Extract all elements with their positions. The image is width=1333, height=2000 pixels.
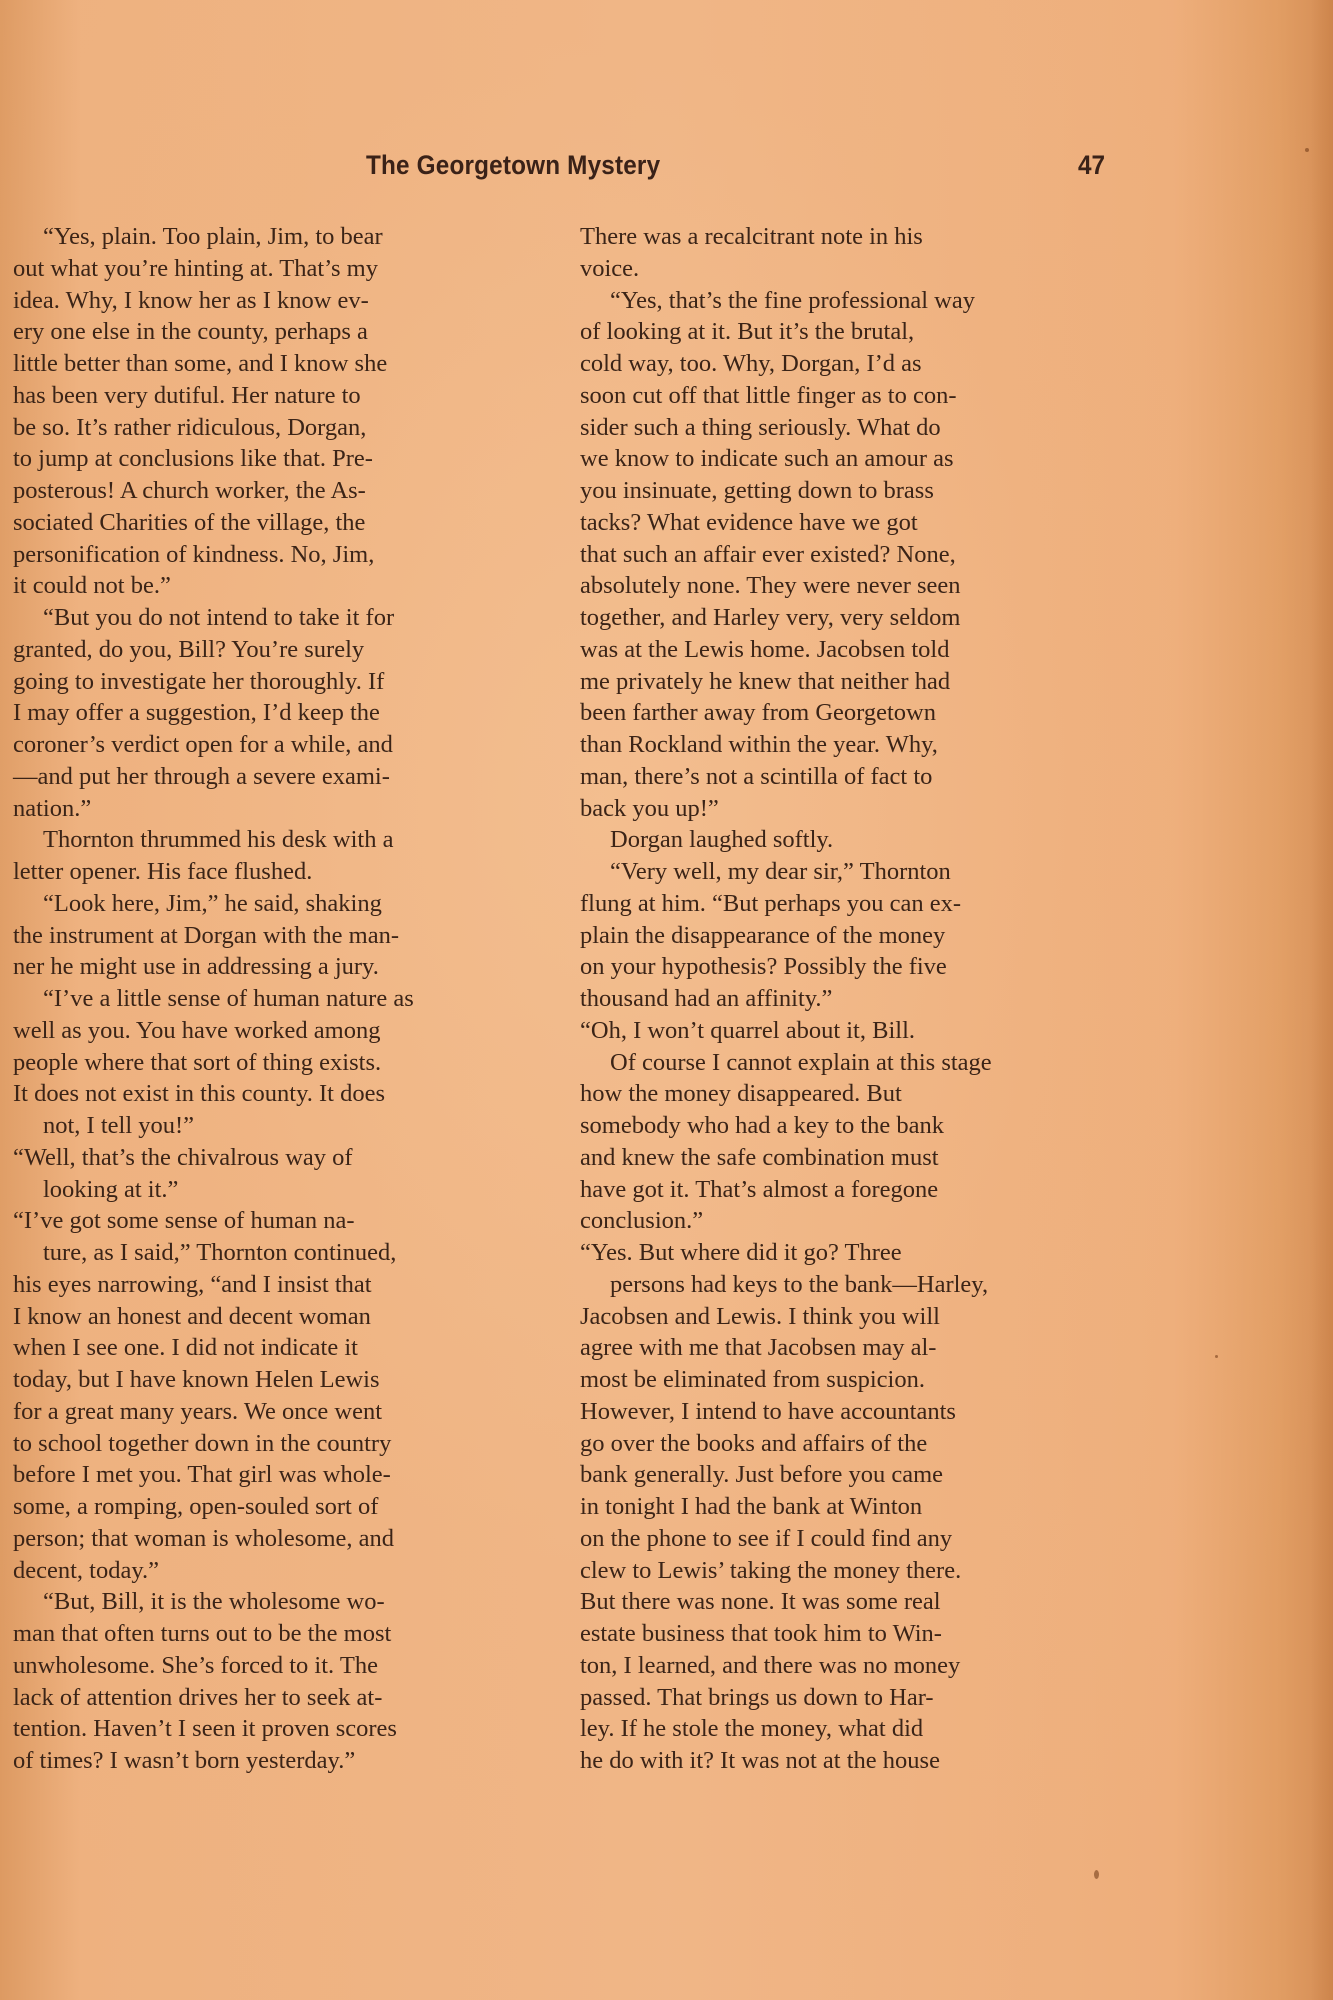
text-line: people where that sort of thing exists. bbox=[13, 1047, 546, 1079]
text-line: ner he might use in addressing a jury. bbox=[13, 951, 546, 983]
text-line: ery one else in the county, perhaps a bbox=[13, 316, 546, 348]
running-title: The Georgetown Mystery bbox=[366, 150, 660, 181]
text-line: tention. Haven’t I seen it proven scores bbox=[13, 1713, 546, 1745]
text-line: “Yes, that’s the fine professional way bbox=[580, 285, 1113, 317]
text-line: cold way, too. Why, Dorgan, I’d as bbox=[580, 348, 1113, 380]
text-line: than Rockland within the year. Why, bbox=[580, 729, 1113, 761]
text-line: voice. bbox=[580, 253, 1113, 285]
text-line: you insinuate, getting down to brass bbox=[580, 475, 1113, 507]
text-line: lack of attention drives her to seek at- bbox=[13, 1682, 546, 1714]
text-line: on your hypothesis? Possibly the five bbox=[580, 951, 1113, 983]
text-line: I may offer a suggestion, I’d keep the bbox=[13, 697, 546, 729]
text-line: “Oh, I won’t quarrel about it, Bill. bbox=[580, 1015, 1113, 1047]
text-line: out what you’re hinting at. That’s my bbox=[13, 253, 546, 285]
text-line: ture, as I said,” Thornton continued, bbox=[13, 1237, 546, 1269]
book-page: The Georgetown Mystery 47 “Yes, plain. T… bbox=[0, 0, 1333, 2000]
text-line: sociated Charities of the village, the bbox=[13, 507, 546, 539]
text-line: when I see one. I did not indicate it bbox=[13, 1332, 546, 1364]
text-line: Dorgan laughed softly. bbox=[580, 824, 1113, 856]
paper-speck bbox=[1305, 148, 1309, 152]
text-line: have got it. That’s almost a foregone bbox=[580, 1174, 1113, 1206]
text-line: how the money disappeared. But bbox=[580, 1078, 1113, 1110]
text-line: clew to Lewis’ taking the money there. bbox=[580, 1555, 1113, 1587]
text-line: flung at him. “But perhaps you can ex- bbox=[580, 888, 1113, 920]
text-line: I know an honest and decent woman bbox=[13, 1301, 546, 1333]
text-line: together, and Harley very, very seldom bbox=[580, 602, 1113, 634]
text-line: Thornton thrummed his desk with a bbox=[13, 824, 546, 856]
text-line: But there was none. It was some real bbox=[580, 1586, 1113, 1618]
text-line: most be eliminated from suspicion. bbox=[580, 1364, 1113, 1396]
text-line: go over the books and affairs of the bbox=[580, 1428, 1113, 1460]
text-line: some, a romping, open-souled sort of bbox=[13, 1491, 546, 1523]
text-line: has been very dutiful. Her nature to bbox=[13, 380, 546, 412]
text-line: “I’ve got some sense of human na- bbox=[13, 1205, 546, 1237]
text-line: thousand had an affinity.” bbox=[580, 983, 1113, 1015]
text-line: unwholesome. She’s forced to it. The bbox=[13, 1650, 546, 1682]
text-line: he do with it? It was not at the house bbox=[580, 1745, 1113, 1777]
text-line: to school together down in the country bbox=[13, 1428, 546, 1460]
text-line: Of course I cannot explain at this stage bbox=[580, 1047, 1113, 1079]
text-line: “But, Bill, it is the wholesome wo- bbox=[13, 1586, 546, 1618]
text-line: letter opener. His face flushed. bbox=[13, 856, 546, 888]
page-number: 47 bbox=[1078, 150, 1105, 181]
text-line: passed. That brings us down to Har- bbox=[580, 1682, 1113, 1714]
text-line: posterous! A church worker, the As- bbox=[13, 475, 546, 507]
text-line: was at the Lewis home. Jacobsen told bbox=[580, 634, 1113, 666]
text-line: coroner’s verdict open for a while, and bbox=[13, 729, 546, 761]
text-line: before I met you. That girl was whole- bbox=[13, 1459, 546, 1491]
text-line: plain the disappearance of the money bbox=[580, 920, 1113, 952]
text-line: soon cut off that little finger as to co… bbox=[580, 380, 1113, 412]
text-line: decent, today.” bbox=[13, 1555, 546, 1587]
text-line: sider such a thing seriously. What do bbox=[580, 412, 1113, 444]
text-line: little better than some, and I know she bbox=[13, 348, 546, 380]
text-line: There was a recalcitrant note in his bbox=[580, 221, 1113, 253]
page-edge-shadow bbox=[1311, 0, 1333, 2000]
text-line: agree with me that Jacobsen may al- bbox=[580, 1332, 1113, 1364]
text-line: we know to indicate such an amour as bbox=[580, 443, 1113, 475]
text-line: his eyes narrowing, “and I insist that bbox=[13, 1269, 546, 1301]
paper-speck bbox=[1094, 1870, 1099, 1879]
text-line: that such an affair ever existed? None, bbox=[580, 539, 1113, 571]
text-line: “Yes. But where did it go? Three bbox=[580, 1237, 1113, 1269]
text-line: However, I intend to have accountants bbox=[580, 1396, 1113, 1428]
text-line: man that often turns out to be the most bbox=[13, 1618, 546, 1650]
text-line: —and put her through a severe exami- bbox=[13, 761, 546, 793]
text-line: and knew the safe combination must bbox=[580, 1142, 1113, 1174]
text-line: nation.” bbox=[13, 793, 546, 825]
text-line: “Yes, plain. Too plain, Jim, to bear bbox=[13, 221, 546, 253]
text-line: “I’ve a little sense of human nature as bbox=[13, 983, 546, 1015]
text-line: going to investigate her thoroughly. If bbox=[13, 666, 546, 698]
text-line: conclusion.” bbox=[580, 1205, 1113, 1237]
text-line: granted, do you, Bill? You’re surely bbox=[13, 634, 546, 666]
text-line: today, but I have known Helen Lewis bbox=[13, 1364, 546, 1396]
text-line: idea. Why, I know her as I know ev- bbox=[13, 285, 546, 317]
text-line: person; that woman is wholesome, and bbox=[13, 1523, 546, 1555]
text-line: back you up!” bbox=[580, 793, 1113, 825]
text-line: for a great many years. We once went bbox=[13, 1396, 546, 1428]
text-line: the instrument at Dorgan with the man- bbox=[13, 920, 546, 952]
text-line: “Very well, my dear sir,” Thornton bbox=[580, 856, 1113, 888]
right-text-column: There was a recalcitrant note in hisvoic… bbox=[580, 221, 1113, 1777]
text-line: “Look here, Jim,” he said, shaking bbox=[13, 888, 546, 920]
text-line: It does not exist in this county. It doe… bbox=[13, 1078, 546, 1110]
text-line: somebody who had a key to the bank bbox=[580, 1110, 1113, 1142]
text-line: ton, I learned, and there was no money bbox=[580, 1650, 1113, 1682]
text-line: of times? I wasn’t born yesterday.” bbox=[13, 1745, 546, 1777]
text-line: absolutely none. They were never seen bbox=[580, 570, 1113, 602]
text-line: estate business that took him to Win- bbox=[580, 1618, 1113, 1650]
paper-speck bbox=[1215, 1355, 1218, 1358]
text-line: not, I tell you!” bbox=[13, 1110, 546, 1142]
text-line: bank generally. Just before you came bbox=[580, 1459, 1113, 1491]
text-line: of looking at it. But it’s the brutal, bbox=[580, 316, 1113, 348]
text-line: persons had keys to the bank—Harley, bbox=[580, 1269, 1113, 1301]
text-line: on the phone to see if I could find any bbox=[580, 1523, 1113, 1555]
text-line: Jacobsen and Lewis. I think you will bbox=[580, 1301, 1113, 1333]
left-text-column: “Yes, plain. Too plain, Jim, to bearout … bbox=[13, 221, 546, 1777]
text-line: to jump at conclusions like that. Pre- bbox=[13, 443, 546, 475]
text-line: tacks? What evidence have we got bbox=[580, 507, 1113, 539]
text-line: well as you. You have worked among bbox=[13, 1015, 546, 1047]
text-line: it could not be.” bbox=[13, 570, 546, 602]
text-line: me privately he knew that neither had bbox=[580, 666, 1113, 698]
text-line: personification of kindness. No, Jim, bbox=[13, 539, 546, 571]
text-line: man, there’s not a scintilla of fact to bbox=[580, 761, 1113, 793]
text-line: been farther away from Georgetown bbox=[580, 697, 1113, 729]
text-line: “But you do not intend to take it for bbox=[13, 602, 546, 634]
text-line: be so. It’s rather ridiculous, Dorgan, bbox=[13, 412, 546, 444]
text-line: ley. If he stole the money, what did bbox=[580, 1713, 1113, 1745]
text-line: in tonight I had the bank at Winton bbox=[580, 1491, 1113, 1523]
text-line: “Well, that’s the chivalrous way of bbox=[13, 1142, 546, 1174]
text-line: looking at it.” bbox=[13, 1174, 546, 1206]
